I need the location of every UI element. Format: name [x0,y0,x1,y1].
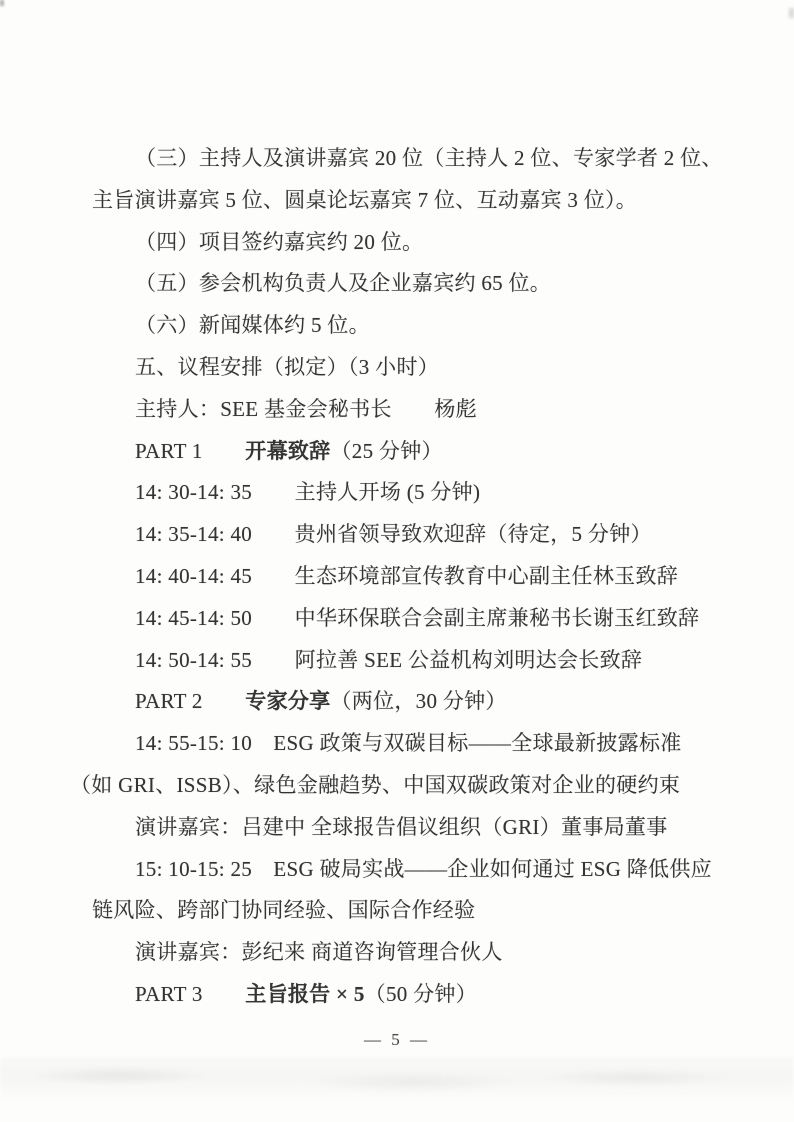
document-line-4: （五）参会机构负责人及企业嘉宾约 65 位。 [92,263,706,305]
text-segment: （50 分钟） [365,982,477,1006]
text-segment: （两位，30 分钟） [330,689,506,713]
text-segment: 演讲嘉宾：吕建中 全球报告倡议组织（GRI）董事局董事 [135,815,668,839]
text-segment: 五、议程安排（拟定）（3 小时） [135,355,439,379]
document-line-1: （三）主持人及演讲嘉宾 20 位（主持人 2 位、专家学者 2 位、 [92,138,706,180]
text-segment: （三）主持人及演讲嘉宾 20 位（主持人 2 位、专家学者 2 位、 [135,146,723,170]
document-line-12: 14: 45-14: 50 中华环保联合会副主席兼秘书长谢玉红致辞 [92,598,706,640]
text-segment: （25 分钟） [330,439,442,463]
document-line-20: 演讲嘉宾：彭纪来 商道咨询管理合伙人 [92,932,706,974]
text-segment: 链风险、跨部门协同经验、国际合作经验 [92,898,475,922]
document-line-10: 14: 35-14: 40 贵州省领导致欢迎辞（待定，5 分钟） [92,514,706,556]
text-segment: PART 1 [135,439,245,463]
document-line-9: 14: 30-14: 35 主持人开场 (5 分钟) [92,472,706,514]
scanned-document-page: （三）主持人及演讲嘉宾 20 位（主持人 2 位、专家学者 2 位、主旨演讲嘉宾… [0,0,794,1122]
document-line-13: 14: 50-14: 55 阿拉善 SEE 公益机构刘明达会长致辞 [92,640,706,682]
document-line-5: （六）新闻媒体约 5 位。 [92,305,706,347]
text-segment: 14: 35-14: 40 贵州省领导致欢迎辞（待定，5 分钟） [135,522,652,546]
scan-speck-icon [0,0,4,6]
document-body-text: （三）主持人及演讲嘉宾 20 位（主持人 2 位、专家学者 2 位、主旨演讲嘉宾… [92,138,706,1016]
text-segment: PART 2 [135,689,245,713]
scan-artifact-band [0,1058,794,1102]
text-segment: 15: 10-15: 25 ESG 破局实战——企业如何通过 ESG 降低供应 [135,857,712,881]
document-line-2: 主旨演讲嘉宾 5 位、圆桌论坛嘉宾 7 位、互动嘉宾 3 位）。 [92,180,706,222]
document-line-11: 14: 40-14: 45 生态环境部宣传教育中心副主任林玉致辞 [92,556,706,598]
text-segment: 14: 30-14: 35 主持人开场 (5 分钟) [135,480,480,504]
text-segment: （如 GRI、ISSB）、绿色金融趋势、中国双碳政策对企业的硬约束 [70,773,680,797]
document-line-8: PART 1 开幕致辞（25 分钟） [92,431,706,473]
page-number: — 5 — [0,1030,794,1050]
text-segment: 14: 40-14: 45 生态环境部宣传教育中心副主任林玉致辞 [135,564,678,588]
document-line-19: 链风险、跨部门协同经验、国际合作经验 [92,890,706,932]
text-segment: （五）参会机构负责人及企业嘉宾约 65 位。 [135,271,551,295]
document-line-6: 五、议程安排（拟定）（3 小时） [92,347,706,389]
text-segment: 演讲嘉宾：彭纪来 商道咨询管理合伙人 [135,940,503,964]
bold-text-segment: 专家分享 [245,689,330,713]
bold-text-segment: 开幕致辞 [245,439,330,463]
document-line-3: （四）项目签约嘉宾约 20 位。 [92,222,706,264]
scan-speck-icon [789,8,794,18]
document-line-18: 15: 10-15: 25 ESG 破局实战——企业如何通过 ESG 降低供应 [92,849,706,891]
text-segment: 14: 50-14: 55 阿拉善 SEE 公益机构刘明达会长致辞 [135,648,642,672]
text-segment: 14: 45-14: 50 中华环保联合会副主席兼秘书长谢玉红致辞 [135,606,699,630]
text-segment: 主旨演讲嘉宾 5 位、圆桌论坛嘉宾 7 位、互动嘉宾 3 位）。 [92,188,637,212]
text-segment: 14: 55-15: 10 ESG 政策与双碳目标——全球最新披露标准 [135,731,682,755]
text-segment: （四）项目签约嘉宾约 20 位。 [135,230,423,254]
document-line-16: （如 GRI、ISSB）、绿色金融趋势、中国双碳政策对企业的硬约束 [70,765,706,807]
document-line-7: 主持人：SEE 基金会秘书长 杨彪 [92,389,706,431]
text-segment: 主持人：SEE 基金会秘书长 杨彪 [135,397,477,421]
document-line-14: PART 2 专家分享（两位，30 分钟） [92,681,706,723]
text-segment: PART 3 [135,982,245,1006]
text-segment: （六）新闻媒体约 5 位。 [135,313,370,337]
bold-text-segment: 主旨报告 × 5 [245,982,364,1006]
document-line-15: 14: 55-15: 10 ESG 政策与双碳目标——全球最新披露标准 [92,723,706,765]
document-line-21: PART 3 主旨报告 × 5（50 分钟） [92,974,706,1016]
document-line-17: 演讲嘉宾：吕建中 全球报告倡议组织（GRI）董事局董事 [92,807,706,849]
